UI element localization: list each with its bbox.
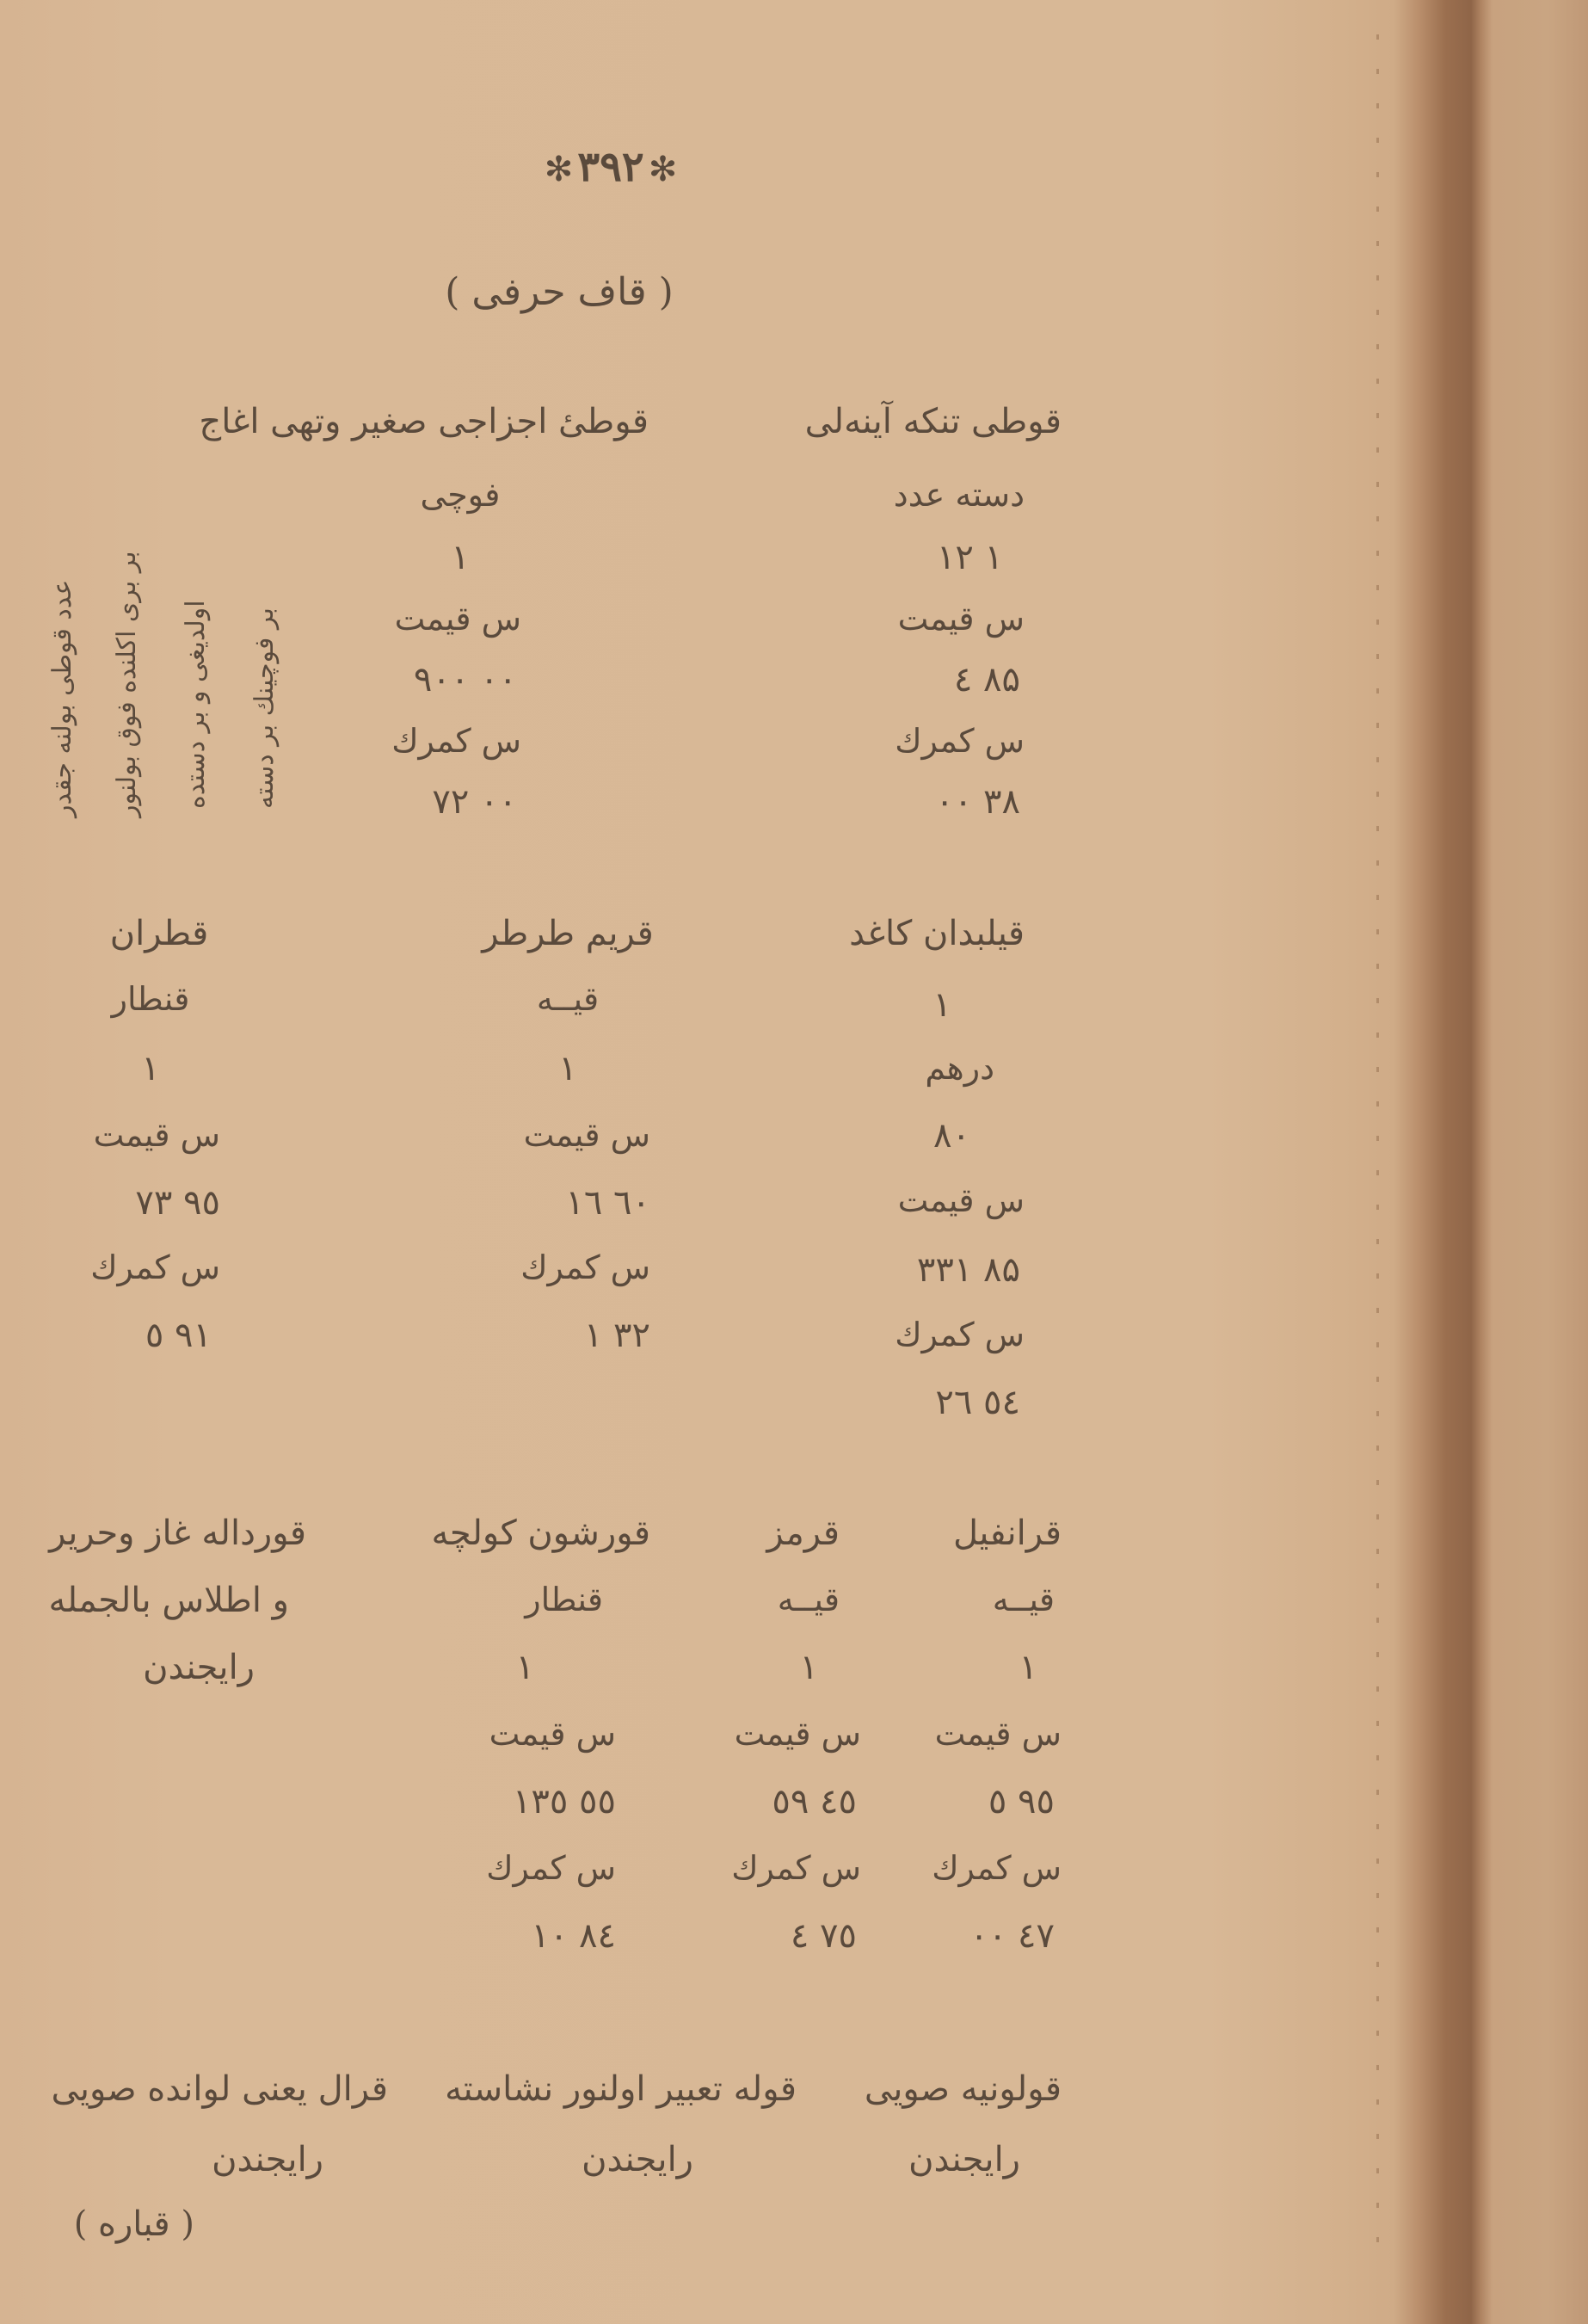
section-title: ( قاف حرفی ) [445, 274, 674, 311]
customs-label: س کمرك [520, 1251, 650, 1284]
unit: قنطار [112, 983, 190, 1015]
item-title-qilbidan-kagit: قیلبدان کاغد [849, 916, 1025, 951]
price-label: س قیمت [735, 1717, 861, 1750]
price-label: س قیمت [524, 1119, 650, 1151]
book-page: ✻ ۳۹۲ ✻ ( قاف حرفی ) قوطی تنکه آینه‌لی د… [0, 0, 1588, 2324]
customs-label: س کمرك [895, 1318, 1025, 1351]
current-rate-note: رایجندن [212, 2142, 323, 2177]
item-title-qolonya-suyu: قولونیه صویی [865, 2072, 1062, 2106]
qty: ۱ [558, 1051, 576, 1086]
amount: ۸۰ [933, 1119, 970, 1153]
item-title-qutu-tenke: قوطی تنکه آینه‌لی [805, 404, 1062, 439]
side-note-line: اولدیغی و بر دستده [181, 600, 211, 809]
qty: ۱ [516, 1650, 534, 1685]
price-value: ٥٥ ۱۳٥ [513, 1785, 616, 1819]
item-title-qurshun-kolche: قورشون کولچه [431, 1516, 650, 1550]
price-value: ۸۵ ۳۳۱ [917, 1253, 1020, 1287]
price-value: ۹٥ ۷۳ [135, 1186, 220, 1220]
customs-label: س کمرك [731, 1852, 861, 1884]
customs-value: ۳۲ ۱ [584, 1318, 650, 1353]
price-value: ٤٥ ٥۹ [772, 1785, 857, 1819]
customs-value: ٥٤ ۲٦ [935, 1385, 1020, 1420]
unit: درهم [925, 1051, 994, 1084]
item-title-qole-nishaste: قوله تعبیر اولنور نشاسته [445, 2072, 797, 2106]
price-value: ۰۰ ۹۰۰ [414, 663, 517, 697]
unit: قیــه [537, 983, 599, 1015]
customs-value: ۳۸ ۰۰ [935, 785, 1020, 819]
current-rate-note: رایجندن [582, 2142, 693, 2177]
customs-value: ۷٥ ٤ [791, 1919, 857, 1953]
customs-value: ٤۷ ۰۰ [969, 1919, 1055, 1953]
customs-label: س کمرك [932, 1852, 1062, 1884]
customs-value: ۹۱ ٥ [145, 1318, 212, 1353]
page-edge-marks [1376, 34, 1379, 2272]
current-rate-note: رایجندن [143, 1650, 255, 1685]
price-value: ۸۵ ٤ [954, 663, 1020, 697]
unit-row: دسته عدد [894, 478, 1025, 511]
qty: ۱ [933, 988, 951, 1022]
ornament-left-icon: ✻ [649, 150, 678, 189]
price-value: ۹٥ ٥ [988, 1785, 1055, 1819]
customs-label: س کمرك [486, 1852, 616, 1884]
current-rate-note: رایجندن [908, 2142, 1020, 2177]
price-label: س قیمت [395, 602, 521, 635]
price-label: س قیمت [898, 602, 1025, 635]
customs-label: س کمرك [90, 1251, 220, 1284]
item-title-qiral-lavanta: قرال یعنی لوانده صویی [51, 2072, 388, 2106]
side-note-line: بر فوچینك بر دسته [249, 607, 280, 809]
customs-label: س کمرك [391, 724, 521, 757]
customs-value: ۰۰ ۷۲ [432, 785, 517, 819]
item-title-qirim-tartar: قریم طرطر [482, 916, 653, 951]
qty: ۱ [451, 540, 469, 575]
unit: قنطار [525, 1583, 603, 1616]
item-title-qordele-line2: و اطلاس بالجمله [48, 1583, 289, 1618]
price-label: س قیمت [935, 1717, 1062, 1750]
qty: ۱ [141, 1051, 159, 1086]
ornament-right-icon: ✻ [545, 150, 574, 189]
qty: ۱ [800, 1650, 818, 1685]
item-title-qaranfil: قرانفیل [953, 1516, 1062, 1550]
unit: قیــه [778, 1583, 840, 1616]
customs-value: ۸٤ ۱۰ [531, 1919, 616, 1953]
qty: ۱ [1019, 1650, 1037, 1685]
customs-label: س کمرك [895, 724, 1025, 757]
parenthetical-note: ( قباره ) [74, 2207, 194, 2241]
page-number-header: ✻ ۳۹۲ ✻ [545, 146, 678, 188]
item-title-qordele: قورداله غاز وحریر [49, 1516, 306, 1550]
page-number: ۳۹۲ [577, 143, 643, 191]
item-title-qatran: قطران [110, 916, 209, 951]
item-title-qirmiz: قرمز [766, 1516, 840, 1550]
price-value: ٦۰ ۱٦ [565, 1186, 650, 1220]
unit: فوچی [421, 478, 501, 511]
price-label: س قیمت [489, 1717, 616, 1750]
unit: قیــه [993, 1583, 1055, 1616]
price-label: س قیمت [94, 1119, 220, 1151]
side-note-line: عدد قوطی بولنه جقدر [47, 580, 77, 817]
price-label: س قیمت [898, 1184, 1025, 1217]
qty-row: ۱ ۱۲ [937, 540, 1003, 575]
side-note-line: بر بری اکلنده فوق بولنور [112, 551, 142, 817]
item-title-qutu-ecza: قوطیٔ اجزاجی صغیر وتهی اغاج [199, 404, 649, 439]
